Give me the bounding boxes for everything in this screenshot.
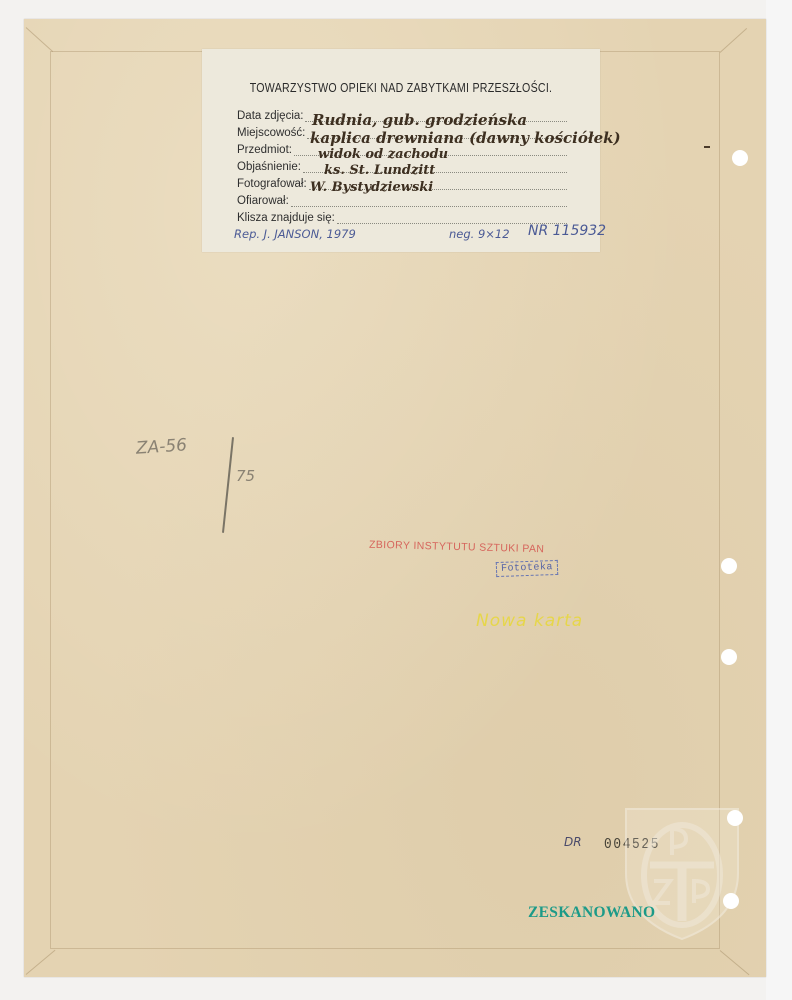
handwritten-place: Rudnia, gub. grodzieńska bbox=[312, 111, 527, 129]
corner-fold-top-left bbox=[26, 27, 53, 52]
scanned-stamp: ZESKANOWANO bbox=[528, 904, 655, 922]
pencil-code: ZA-56 bbox=[135, 435, 187, 459]
repro-note: Rep. J. JANSON, 1979 bbox=[234, 227, 356, 241]
field-label: Fotografował: bbox=[237, 178, 307, 190]
pencil-fraction: 75 bbox=[236, 467, 255, 485]
fototeka-stamp: Fototeka bbox=[496, 560, 559, 577]
punch-hole bbox=[732, 150, 748, 166]
handwritten-donor: W. Bystydziewski bbox=[310, 180, 433, 195]
tpzp-watermark-logo bbox=[620, 803, 744, 943]
ink-dash bbox=[704, 146, 710, 148]
scan-background bbox=[766, 0, 792, 1000]
field-label: Klisza znajduje się: bbox=[237, 212, 335, 224]
handwritten-subject: kaplica drewniana (dawny kościółek) bbox=[310, 129, 621, 147]
mount-card: TOWARZYSTWO OPIEKI NAD ZABYTKAMI PRZESZŁ… bbox=[24, 19, 766, 977]
punch-hole bbox=[723, 893, 739, 909]
field-negative-location: Klisza znajduje się: bbox=[237, 208, 567, 224]
society-label: TOWARZYSTWO OPIEKI NAD ZABYTKAMI PRZESZŁ… bbox=[202, 49, 600, 252]
handwritten-description: widok od zachodu bbox=[318, 147, 448, 162]
yellow-crayon-note: Nowa karta bbox=[476, 611, 583, 631]
field-label: Przedmiot: bbox=[237, 144, 292, 156]
negative-number-note: NR 115932 bbox=[528, 223, 606, 239]
corner-fold-bottom-left bbox=[26, 950, 56, 975]
corner-fold-top-right bbox=[720, 28, 747, 53]
negative-size-note: neg. 9×12 bbox=[449, 227, 510, 241]
field-label: Ofiarował: bbox=[237, 195, 289, 207]
field-label: Data zdjęcia: bbox=[237, 110, 303, 122]
punch-hole bbox=[727, 810, 743, 826]
inventory-prefix: DR bbox=[564, 835, 582, 849]
field-label: Miejscowość: bbox=[237, 127, 305, 139]
label-title: TOWARZYSTWO OPIEKI NAD ZABYTKAMI PRZESZŁ… bbox=[232, 81, 570, 95]
corner-fold-bottom-right bbox=[720, 950, 750, 975]
field-label: Objaśnienie: bbox=[237, 161, 301, 173]
punch-hole bbox=[721, 649, 737, 665]
handwritten-photographer: ks. St. Lundzitt bbox=[324, 163, 435, 178]
punch-hole bbox=[721, 558, 737, 574]
